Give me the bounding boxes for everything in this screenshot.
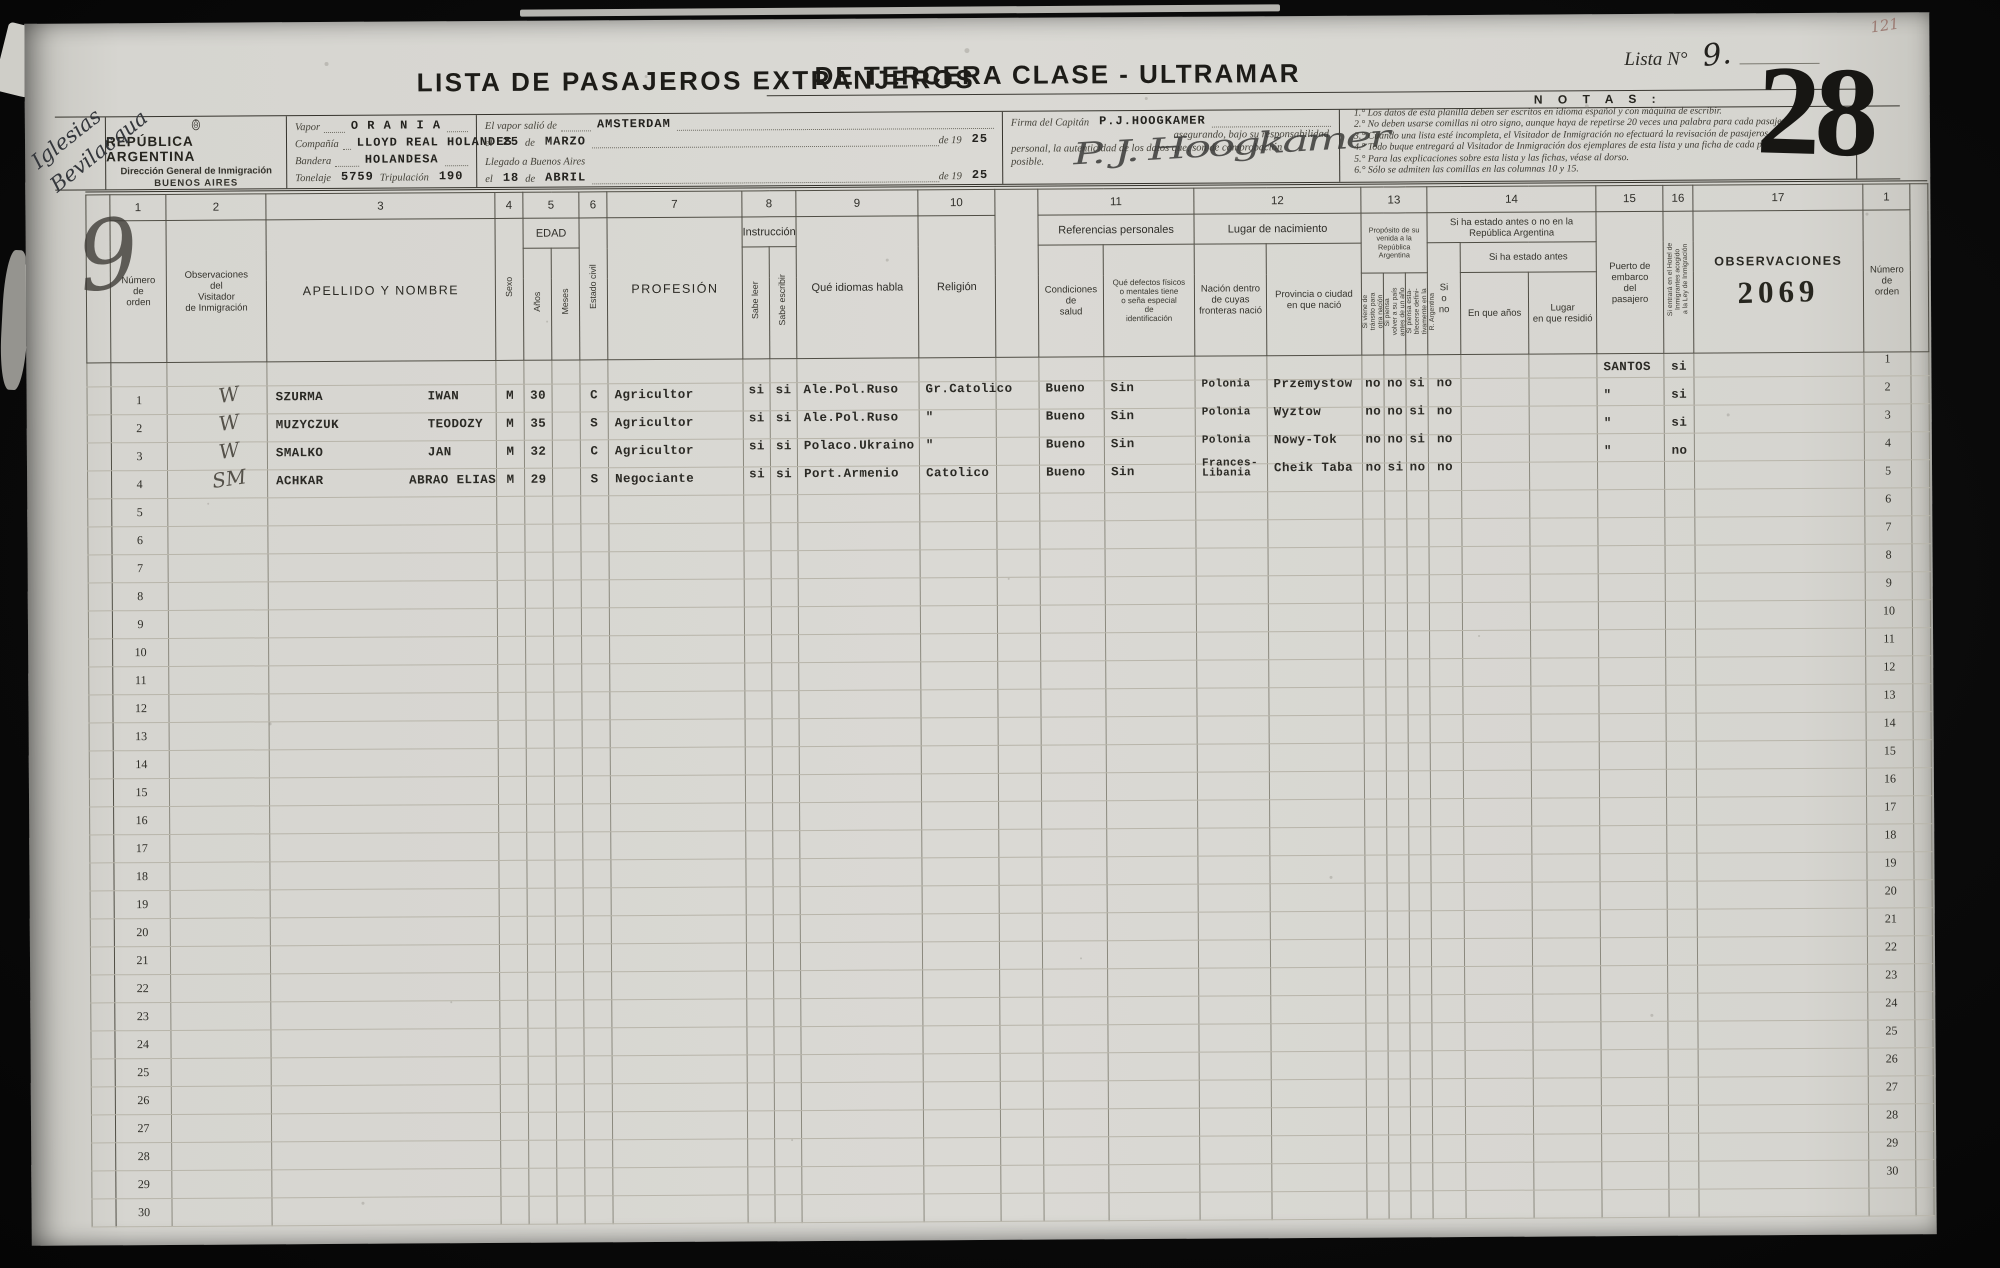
been-before-cell-value: no <box>1429 404 1461 418</box>
defects-cell <box>1106 772 1197 801</box>
civil-status-cell <box>582 776 610 804</box>
spacer-cell <box>1000 969 1043 997</box>
observations-cell <box>1696 628 1866 657</box>
transit-cell <box>1365 939 1387 967</box>
spacer-cell <box>1001 1137 1044 1165</box>
col-number: 6 <box>579 192 607 218</box>
edge-cell <box>1912 516 1930 544</box>
header-puerto: Puerto de embarco del pasajero <box>1596 211 1664 353</box>
given-name: JAN <box>428 445 452 459</box>
settle-cell <box>1407 575 1429 603</box>
languages-cell <box>797 358 919 383</box>
age-years-cell <box>527 916 555 944</box>
hotel-cell <box>1669 1133 1699 1161</box>
defects-cell <box>1108 968 1199 997</box>
years-before-cell <box>1462 574 1530 602</box>
religion-cell: Gr.Catolico <box>919 381 996 409</box>
row-number-left: 19 <box>114 890 170 918</box>
religion-cell <box>922 829 999 857</box>
age-years-cell <box>525 580 553 608</box>
margin-cell <box>89 751 113 779</box>
civil-status-cell <box>581 580 609 608</box>
sex-cell <box>497 524 525 552</box>
col-number: 9 <box>796 190 918 217</box>
margin-cell <box>89 723 113 751</box>
nation-cell-value: Polonia <box>1196 407 1267 417</box>
nation-cell <box>1197 688 1269 716</box>
civil-status-cell <box>584 1112 612 1140</box>
sex-cell <box>497 608 525 636</box>
col-number: 1 <box>1863 184 1910 210</box>
religion-cell: " <box>919 409 996 437</box>
settle-cell-value: si <box>1407 432 1428 446</box>
health-cell <box>1040 605 1105 633</box>
religion-cell <box>921 717 998 745</box>
row-number-right-value: 24 <box>1868 995 1914 1010</box>
defects-cell <box>1108 996 1199 1025</box>
profession-cell <box>611 859 746 888</box>
salida-month: MARZO <box>539 134 592 148</box>
name-cell <box>271 1028 500 1057</box>
hotel-cell <box>1666 741 1696 769</box>
name-cell <box>271 1112 500 1141</box>
religion-cell-value: " <box>920 409 996 423</box>
row-number-left: 15 <box>113 778 169 806</box>
tripulacion-label: Tripulación <box>380 172 429 183</box>
nation-cell <box>1199 1108 1271 1136</box>
birth-city-cell <box>1271 995 1366 1024</box>
lista-value-handwritten: 9. <box>1700 36 1732 74</box>
header-apellido-nombre: APELLIDO Y NOMBRE <box>266 218 496 361</box>
nation-cell <box>1199 1080 1271 1108</box>
age-years-cell <box>528 1056 556 1084</box>
salida-port: AMSTERDAM <box>591 117 677 132</box>
settle-cell <box>1408 743 1430 771</box>
defects-cell <box>1106 716 1197 745</box>
name-cell: MUZYCZUKTEODOZY <box>267 412 496 441</box>
sex-cell: M <box>497 468 525 496</box>
settle-cell <box>1408 771 1430 799</box>
writes-cell <box>771 579 798 607</box>
header-lugar-residio: Lugar en que residió <box>1528 272 1597 354</box>
return-cell <box>1387 799 1409 827</box>
observations-cell <box>1697 852 1867 881</box>
writes-cell <box>773 831 800 859</box>
return-cell <box>1388 1079 1410 1107</box>
return-cell <box>1388 995 1410 1023</box>
nation-cell <box>1199 968 1271 996</box>
profession-cell <box>609 495 744 524</box>
settle-cell <box>1407 547 1429 575</box>
edge-cell <box>1914 852 1932 880</box>
row-number-right-value: 2 <box>1865 379 1911 394</box>
row-number-left: 7 <box>112 554 168 582</box>
given-name: IWAN <box>428 389 460 403</box>
inspector-mark-cell <box>172 1142 272 1171</box>
row-number-left: 9 <box>112 610 168 638</box>
been-before-cell <box>1430 659 1463 687</box>
hotel-cell <box>1665 517 1695 545</box>
transit-cell <box>1364 659 1386 687</box>
languages-cell <box>801 1110 923 1139</box>
de-label2: de <box>525 174 535 185</box>
observations-cell <box>1695 516 1865 545</box>
been-before-cell: no <box>1428 379 1461 407</box>
row-number-left-value: 8 <box>113 589 168 604</box>
settle-cell <box>1409 911 1431 939</box>
age-years-cell <box>528 972 556 1000</box>
transit-cell <box>1367 1191 1389 1219</box>
been-before-cell <box>1430 771 1463 799</box>
name-cell <box>272 1140 501 1169</box>
sex-cell <box>500 1112 528 1140</box>
embark-port-cell <box>1599 657 1666 685</box>
llegada-year: 25 <box>966 168 994 182</box>
sex-cell-value: M <box>497 472 524 486</box>
age-years-cell <box>528 1084 556 1112</box>
paper-speck <box>1650 1014 1653 1017</box>
writes-cell <box>774 971 801 999</box>
health-cell <box>1042 857 1107 885</box>
religion-cell <box>920 605 997 633</box>
been-before-cell-value: no <box>1429 376 1461 390</box>
row-number-left: 4 <box>112 470 168 498</box>
health-cell <box>1042 829 1107 857</box>
embark-port-cell <box>1599 713 1666 741</box>
settle-cell <box>1409 939 1431 967</box>
paper-speck <box>964 48 969 53</box>
writes-cell <box>773 887 800 915</box>
observations-cell <box>1694 432 1864 461</box>
name-cell <box>269 664 498 693</box>
profession-cell-value: Agricultor <box>609 443 743 458</box>
row-number-left: 2 <box>111 414 167 442</box>
row-number-left-value: 13 <box>114 729 169 744</box>
row-number-left-value: 11 <box>113 673 168 688</box>
edge-cell <box>1916 1132 1934 1160</box>
row-number-right-value: 16 <box>1867 771 1913 786</box>
sex-cell <box>497 580 525 608</box>
inspector-mark-cell: W <box>167 386 267 415</box>
row-number-right-value: 18 <box>1867 827 1913 842</box>
sex-cell <box>499 944 527 972</box>
edge-cell <box>1911 404 1929 432</box>
profession-cell <box>613 1195 748 1224</box>
religion-cell <box>923 1025 1000 1053</box>
col-number: 5 <box>523 192 579 218</box>
row-number-left: 16 <box>114 806 170 834</box>
name-cell <box>270 860 499 889</box>
row-number-right-value: 25 <box>1868 1023 1914 1038</box>
row-number-left-value: 14 <box>114 757 169 772</box>
languages-cell: Port.Armenio <box>798 466 920 495</box>
nation-cell <box>1196 576 1268 604</box>
hotel-cell-value: si <box>1665 387 1694 401</box>
name-cell: SMALKOJAN <box>267 440 496 469</box>
return-cell <box>1387 883 1409 911</box>
row-number-left-value: 26 <box>116 1093 171 1108</box>
return-cell-value: no <box>1384 376 1405 390</box>
profession-cell: Agricultor <box>608 439 743 468</box>
age-months-cell <box>554 692 582 720</box>
defects-cell: Sin <box>1104 380 1195 409</box>
religion-cell: " <box>919 437 996 465</box>
spacer-cell <box>1000 1053 1043 1081</box>
transit-cell <box>1363 603 1385 631</box>
defects-cell <box>1105 604 1196 633</box>
hotel-cell <box>1666 629 1696 657</box>
transit-cell-value: no <box>1363 460 1384 474</box>
row-number-left: 18 <box>114 862 170 890</box>
nation-cell <box>1197 744 1269 772</box>
embark-port-cell <box>1600 853 1667 881</box>
birth-city-cell <box>1270 827 1365 856</box>
row-number-left: 24 <box>115 1030 171 1058</box>
profession-cell <box>609 607 744 636</box>
religion-cell <box>919 357 996 381</box>
birth-city-cell <box>1268 575 1363 604</box>
birth-city-cell <box>1271 1079 1366 1108</box>
languages-cell <box>800 858 922 887</box>
sex-cell <box>498 748 526 776</box>
transit-cell <box>1366 967 1388 995</box>
nation-cell-value: Polonia <box>1196 435 1267 445</box>
inspector-mark-cell-value: SM <box>211 464 248 493</box>
defects-cell <box>1108 1052 1199 1081</box>
hotel-cell <box>1667 825 1697 853</box>
margin-cell <box>91 1031 115 1059</box>
margin-cell <box>89 667 113 695</box>
margin-cell <box>90 947 114 975</box>
sex-cell <box>499 832 527 860</box>
observations-cell <box>1698 1048 1868 1077</box>
religion-cell <box>923 1081 1000 1109</box>
religion-cell <box>922 941 999 969</box>
hotel-cell <box>1668 993 1698 1021</box>
transit-cell <box>1366 1023 1388 1051</box>
name-cell <box>269 776 498 805</box>
age-years-cell: 30 <box>524 384 552 412</box>
defects-cell <box>1108 1108 1199 1137</box>
header-observaciones-visitador: Observaciones del Visitador de Inmigraci… <box>166 220 267 363</box>
writes-cell <box>774 1027 801 1055</box>
age-years-cell <box>527 804 555 832</box>
hotel-cell <box>1666 685 1696 713</box>
return-cell <box>1385 575 1407 603</box>
sex-cell <box>500 1084 528 1112</box>
defects-cell <box>1109 1136 1200 1165</box>
age-months-cell <box>556 1084 584 1112</box>
place-resided-cell <box>1532 798 1600 826</box>
edge-cell <box>1916 1160 1934 1188</box>
sex-cell <box>499 888 527 916</box>
religion-cell <box>921 689 998 717</box>
row-number-right-value: 6 <box>1865 491 1911 506</box>
hotel-cell-value: si <box>1665 415 1694 429</box>
been-before-cell <box>1432 1023 1465 1051</box>
years-before-cell <box>1463 630 1531 658</box>
languages-cell-value: Ale.Pol.Ruso <box>798 410 919 425</box>
religion-cell <box>921 633 998 661</box>
spacer-cell <box>1000 1025 1043 1053</box>
settle-cell <box>1410 1079 1432 1107</box>
defects-cell-value: Sin <box>1105 436 1195 451</box>
writes-cell <box>774 1055 801 1083</box>
vapor-label: Vapor <box>295 122 320 133</box>
languages-cell <box>801 1082 923 1111</box>
profession-cell <box>611 915 746 944</box>
return-cell <box>1388 967 1410 995</box>
place-resided-cell <box>1532 854 1600 882</box>
row-number-right-value: 22 <box>1868 939 1914 954</box>
llegada-day: 18 <box>497 171 525 185</box>
profession-cell <box>610 719 745 748</box>
age-months-cell <box>553 468 581 496</box>
been-before-cell <box>1429 519 1462 547</box>
paper-speck <box>361 1202 364 1205</box>
paper-speck <box>1080 957 1082 959</box>
profession-cell: Agricultor <box>608 411 743 440</box>
defects-cell <box>1109 1164 1200 1193</box>
hotel-cell <box>1666 769 1696 797</box>
return-cell <box>1387 827 1409 855</box>
age-years-cell <box>524 360 552 384</box>
place-resided-cell <box>1531 686 1599 714</box>
voyage-block: El vapor salió deAMSTERDAM el25deMARZOde… <box>477 112 1003 187</box>
religion-cell <box>920 577 997 605</box>
transit-cell-value: no <box>1362 376 1383 390</box>
return-cell <box>1386 659 1408 687</box>
health-cell <box>1041 633 1106 661</box>
row-number-left-value: 22 <box>115 981 170 996</box>
profession-cell <box>612 971 747 1000</box>
edge-cell <box>1915 1020 1933 1048</box>
col-number: 15 <box>1596 185 1663 211</box>
inspector-mark-cell <box>169 722 269 751</box>
civil-status-cell <box>581 524 609 552</box>
been-before-cell <box>1430 715 1463 743</box>
pencil-page-number: 121 <box>1870 14 1901 36</box>
row-number-right-value: 27 <box>1869 1079 1915 1094</box>
religion-cell <box>920 521 997 549</box>
years-before-cell <box>1463 714 1531 742</box>
row-number-left: 3 <box>111 442 167 470</box>
passenger-name: MUZYCZUKTEODOZY <box>268 416 496 431</box>
spacer-cell <box>997 521 1040 549</box>
return-cell: si <box>1385 463 1407 491</box>
age-years-cell-value: 29 <box>525 472 552 486</box>
place-resided-cell <box>1530 574 1598 602</box>
profession-cell <box>613 1167 748 1196</box>
name-cell <box>270 916 499 945</box>
languages-cell <box>798 522 920 551</box>
spacer-column <box>995 189 1039 357</box>
nation-cell <box>1199 1052 1271 1080</box>
profession-cell: Agricultor <box>608 383 743 412</box>
health-cell <box>1042 941 1107 969</box>
profession-cell <box>608 359 743 384</box>
spacer-cell <box>1000 997 1043 1025</box>
control-number-stamp: 2069 <box>1694 272 1864 312</box>
header-en-que-anos: En que años <box>1460 272 1528 354</box>
languages-cell <box>802 1138 924 1167</box>
profession-cell <box>609 579 744 608</box>
nation-cell <box>1196 520 1268 548</box>
place-resided-cell <box>1533 966 1601 994</box>
header-sabe-escribir: Sabe escribir <box>769 247 797 359</box>
birth-city-cell: Cheik Taba <box>1268 463 1363 492</box>
spacer-cell <box>996 437 1039 465</box>
writes-cell <box>773 915 800 943</box>
margin-cell <box>91 1087 115 1115</box>
surname: SZURMA <box>268 389 428 404</box>
settle-cell: no <box>1407 463 1429 491</box>
age-years-cell <box>525 608 553 636</box>
row-number-right-value: 13 <box>1866 687 1912 702</box>
civil-status-cell <box>584 1000 612 1028</box>
years-before-cell <box>1466 1134 1534 1162</box>
name-cell <box>268 496 497 525</box>
civil-status-cell <box>581 552 609 580</box>
reads-cell <box>744 495 771 523</box>
age-months-cell <box>557 1196 585 1224</box>
years-before-cell <box>1465 966 1533 994</box>
writes-cell <box>773 943 800 971</box>
hotel-cell <box>1668 1049 1698 1077</box>
inspector-mark-cell <box>172 1170 272 1199</box>
inspector-mark-cell <box>171 1114 271 1143</box>
writes-cell <box>773 803 800 831</box>
embark-port-cell <box>1602 1189 1669 1217</box>
margin-cell <box>91 1059 115 1087</box>
religion-cell <box>923 997 1000 1025</box>
margin-cell <box>92 1171 116 1199</box>
nation-cell <box>1197 632 1269 660</box>
defects-cell <box>1106 688 1197 717</box>
years-before-cell <box>1464 854 1532 882</box>
age-years-cell <box>529 1168 557 1196</box>
place-resided-cell <box>1529 354 1597 378</box>
place-resided-cell <box>1532 882 1600 910</box>
settle-cell <box>1408 659 1430 687</box>
row-number-right-value: 1 <box>1864 351 1910 366</box>
birth-city-cell <box>1270 883 1365 912</box>
languages-cell <box>802 1166 924 1195</box>
observations-cell <box>1698 992 1868 1021</box>
row-number-left: 17 <box>114 834 170 862</box>
languages-cell <box>801 998 923 1027</box>
health-cell <box>1040 521 1105 549</box>
birth-city-cell <box>1271 1051 1366 1080</box>
health-cell-value: Bueno <box>1040 465 1104 479</box>
nation-cell <box>1197 772 1269 800</box>
page-edge-sliver <box>520 4 1280 16</box>
embark-port-cell <box>1598 489 1665 517</box>
birth-city-cell <box>1269 659 1364 688</box>
settle-cell <box>1407 603 1429 631</box>
languages-cell <box>799 746 921 775</box>
bandera-label: Bandera <box>295 156 331 167</box>
defects-cell <box>1108 1080 1199 1109</box>
been-before-cell <box>1429 575 1462 603</box>
profession-cell <box>610 747 745 776</box>
return-cell <box>1389 1163 1411 1191</box>
embark-port-cell <box>1601 1021 1668 1049</box>
embark-port-cell <box>1601 965 1668 993</box>
civil-status-cell <box>583 860 611 888</box>
spacer-cell <box>997 605 1040 633</box>
health-cell <box>1044 1165 1109 1193</box>
